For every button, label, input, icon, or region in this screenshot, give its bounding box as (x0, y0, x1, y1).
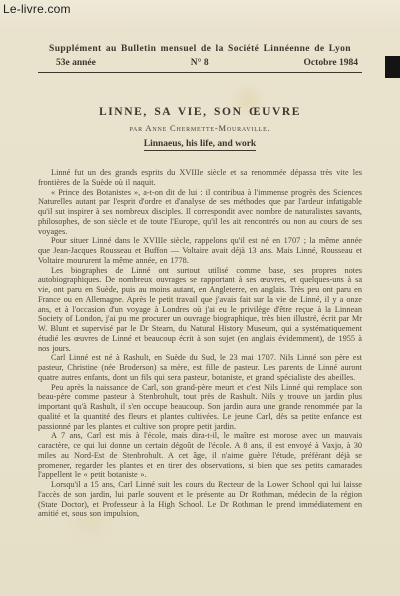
bulletin-meta-row: 53e année N° 8 Octobre 1984 (38, 58, 362, 68)
article-subtitle: Linnaeus, his life, and work (0, 139, 400, 149)
paragraph: Carl Linné est né à Rashult, en Suède du… (38, 353, 362, 382)
scanned-page: Le-livre.com Supplément au Bulletin mens… (0, 0, 400, 596)
article-subtitle-text: Linnaeus, his life, and work (144, 139, 256, 151)
paragraph: A 7 ans, Carl est mis à l'école, mais di… (38, 431, 362, 480)
bulletin-year: 53e année (56, 58, 96, 68)
article-title: LINNE, SA VIE, SON ŒUVRE (0, 106, 400, 118)
bulletin-date: Octobre 1984 (304, 58, 358, 68)
paragraph: « Prince des Botanistes », a-t-on dit de… (38, 188, 362, 237)
paragraph: Pour situer Linné dans le XVIIIe siècle,… (38, 236, 362, 265)
paragraph: Linné fut un des grands esprits du XVIII… (38, 168, 362, 188)
header-divider (38, 72, 362, 73)
watermark-text: Le-livre.com (3, 2, 71, 16)
paragraph: Peu après la naissance de Carl, son gran… (38, 383, 362, 432)
bulletin-issue-number: N° 8 (191, 58, 209, 68)
paragraph: Lorsqu'il a 15 ans, Carl Linné suit les … (38, 480, 362, 519)
bulletin-title: Supplément au Bulletin mensuel de la Soc… (38, 44, 362, 54)
scan-corner-mark (385, 56, 400, 78)
paragraph: Les biographes de Linné ont surtout util… (38, 266, 362, 354)
article-byline: par Anne Chermette-Mouraville. (0, 123, 400, 133)
bulletin-header: Supplément au Bulletin mensuel de la Soc… (38, 44, 362, 73)
article-body: Linné fut un des grands esprits du XVIII… (38, 168, 362, 566)
